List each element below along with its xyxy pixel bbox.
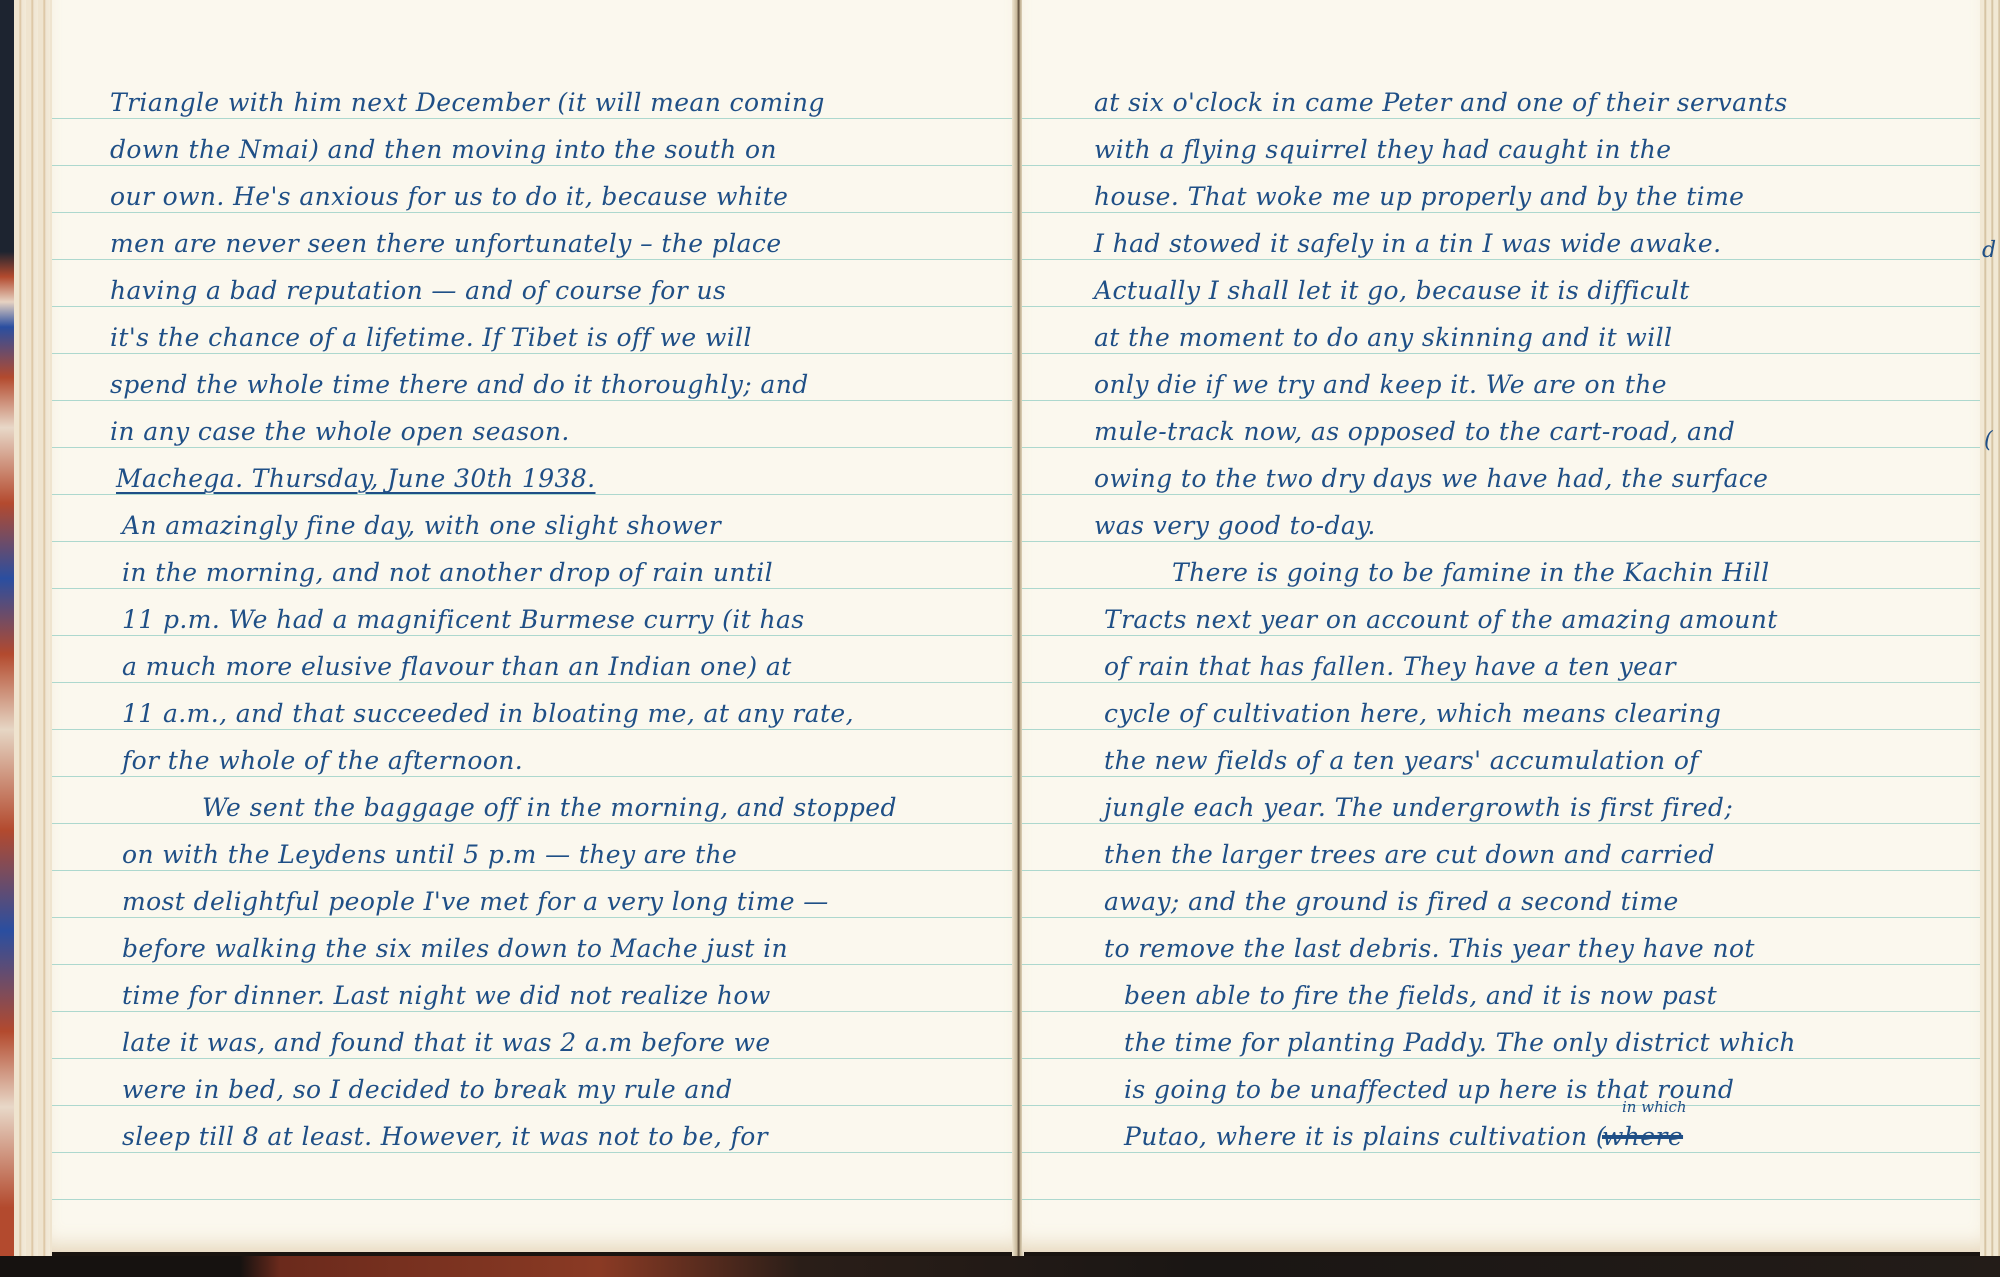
ruled-line — [52, 588, 1014, 589]
ruled-line — [52, 165, 1014, 166]
text-line: having a bad reputation — and of course … — [110, 276, 726, 306]
ruled-line — [1022, 212, 1980, 213]
ruled-line — [52, 118, 1014, 119]
ruled-line — [1022, 353, 1980, 354]
ruled-line — [1022, 494, 1980, 495]
text-line: sleep till 8 at least. However, it was n… — [122, 1122, 768, 1152]
text-line: Triangle with him next December (it will… — [110, 88, 825, 118]
ruled-line — [52, 1058, 1014, 1059]
text-line: with a flying squirrel they had caught i… — [1094, 135, 1671, 165]
text-line: Putao, where it is plains cultivation ( — [1124, 1122, 1606, 1152]
ruled-line — [52, 1199, 1014, 1200]
text-line: for the whole of the afternoon. — [122, 746, 523, 776]
ruled-line — [52, 823, 1014, 824]
text-line: a much more elusive flavour than an Indi… — [122, 652, 792, 682]
ruled-line — [1022, 588, 1980, 589]
text-line: it's the chance of a lifetime. If Tibet … — [110, 323, 752, 353]
ruled-line — [52, 1105, 1014, 1106]
text-line: down the Nmai) and then moving into the … — [110, 135, 777, 165]
ruled-line — [52, 400, 1014, 401]
text-line: Actually I shall let it go, because it i… — [1094, 276, 1690, 306]
text-line: been able to fire the fields, and it is … — [1124, 981, 1717, 1011]
marbled-book-edge — [0, 0, 14, 1258]
ruled-line — [1022, 1105, 1980, 1106]
text-line: our own. He's anxious for us to do it, b… — [110, 182, 788, 212]
text-line: before walking the six miles down to Mac… — [122, 934, 788, 964]
text-line: late it was, and found that it was 2 a.m… — [122, 1028, 771, 1058]
text-line: was very good to-day. — [1094, 511, 1376, 541]
ruled-line — [52, 917, 1014, 918]
text-line: in any case the whole open season. — [110, 417, 570, 447]
ruled-line — [52, 541, 1014, 542]
text-line: I had stowed it safely in a tin I was wi… — [1094, 229, 1721, 259]
text-line: then the larger trees are cut down and c… — [1104, 840, 1715, 870]
text-line: There is going to be famine in the Kachi… — [1172, 558, 1769, 588]
ruled-line — [1022, 447, 1980, 448]
ruled-line — [52, 964, 1014, 965]
text-line: time for dinner. Last night we did not r… — [122, 981, 771, 1011]
struck-word: where — [1602, 1122, 1683, 1152]
ruled-line — [1022, 870, 1980, 871]
ruled-line — [1022, 118, 1980, 119]
ruled-line — [1022, 776, 1980, 777]
ruled-line — [1022, 635, 1980, 636]
text-line: Tracts next year on account of the amazi… — [1104, 605, 1778, 635]
ruled-line — [52, 1152, 1014, 1153]
text-line: jungle each year. The undergrowth is fir… — [1104, 793, 1733, 823]
text-line: men are never seen there unfortunately –… — [110, 229, 782, 259]
text-line: were in bed, so I decided to break my ru… — [122, 1075, 733, 1105]
text-line: of rain that has fallen. They have a ten… — [1104, 652, 1676, 682]
ruled-line — [52, 729, 1014, 730]
ruled-line — [1022, 1011, 1980, 1012]
ruled-line — [1022, 823, 1980, 824]
ruled-line — [52, 635, 1014, 636]
text-line: mule-track now, as opposed to the cart-r… — [1094, 417, 1735, 447]
text-line: owing to the two dry days we have had, t… — [1094, 464, 1768, 494]
text-line: 11 a.m., and that succeeded in bloating … — [122, 699, 854, 729]
ruled-line — [1022, 541, 1980, 542]
ruled-line — [1022, 306, 1980, 307]
ruled-line — [1022, 917, 1980, 918]
text-line: in the morning, and not another drop of … — [122, 558, 773, 588]
entry-date-heading: Machega. Thursday, June 30th 1938. — [116, 464, 596, 494]
diary-spread: Triangle with him next December (it will… — [0, 0, 2000, 1277]
ruled-line — [52, 259, 1014, 260]
ruled-line — [1022, 165, 1980, 166]
ruled-line — [1022, 1152, 1980, 1153]
left-page: Triangle with him next December (it will… — [52, 0, 1014, 1252]
text-line: the time for planting Paddy. The only di… — [1124, 1028, 1796, 1058]
text-line: spend the whole time there and do it tho… — [110, 370, 809, 400]
ruled-line — [52, 682, 1014, 683]
page-stack-right: d ( — [1980, 0, 2000, 1258]
ruled-line — [1022, 964, 1980, 965]
ruled-line — [52, 1011, 1014, 1012]
text-line: the new fields of a ten years' accumulat… — [1104, 746, 1699, 776]
ruled-line — [52, 353, 1014, 354]
text-line: on with the Leydens until 5 p.m — they a… — [122, 840, 737, 870]
margin-mark: d — [1982, 238, 1996, 263]
ruled-line — [52, 212, 1014, 213]
ruled-line — [1022, 682, 1980, 683]
page-stack-left — [14, 0, 52, 1258]
ruled-line — [1022, 1199, 1980, 1200]
ruled-line — [52, 776, 1014, 777]
right-page: at six o'clock in came Peter and one of … — [1022, 0, 1980, 1252]
text-line: at six o'clock in came Peter and one of … — [1094, 88, 1788, 118]
ruled-line — [52, 494, 1014, 495]
ruled-line — [1022, 400, 1980, 401]
ruled-line — [52, 447, 1014, 448]
text-line: to remove the last debris. This year the… — [1104, 934, 1755, 964]
book-cover-bottom — [0, 1256, 2000, 1277]
text-line: at the moment to do any skinning and it … — [1094, 323, 1672, 353]
margin-mark: ( — [1984, 428, 1993, 453]
text-line: cycle of cultivation here, which means c… — [1104, 699, 1721, 729]
text-line: only die if we try and keep it. We are o… — [1094, 370, 1667, 400]
ruled-line — [52, 306, 1014, 307]
text-line: house. That woke me up properly and by t… — [1094, 182, 1744, 212]
ruled-line — [52, 870, 1014, 871]
inserted-correction: in which — [1622, 1098, 1687, 1116]
text-line: most delightful people I've met for a ve… — [122, 887, 829, 917]
text-line: We sent the baggage off in the morning, … — [202, 793, 897, 823]
ruled-line — [1022, 259, 1980, 260]
text-line: away; and the ground is fired a second t… — [1104, 887, 1679, 917]
ruled-line — [1022, 1058, 1980, 1059]
ruled-line — [1022, 729, 1980, 730]
text-line: 11 p.m. We had a magnificent Burmese cur… — [122, 605, 805, 635]
text-line: An amazingly fine day, with one slight s… — [122, 511, 721, 541]
